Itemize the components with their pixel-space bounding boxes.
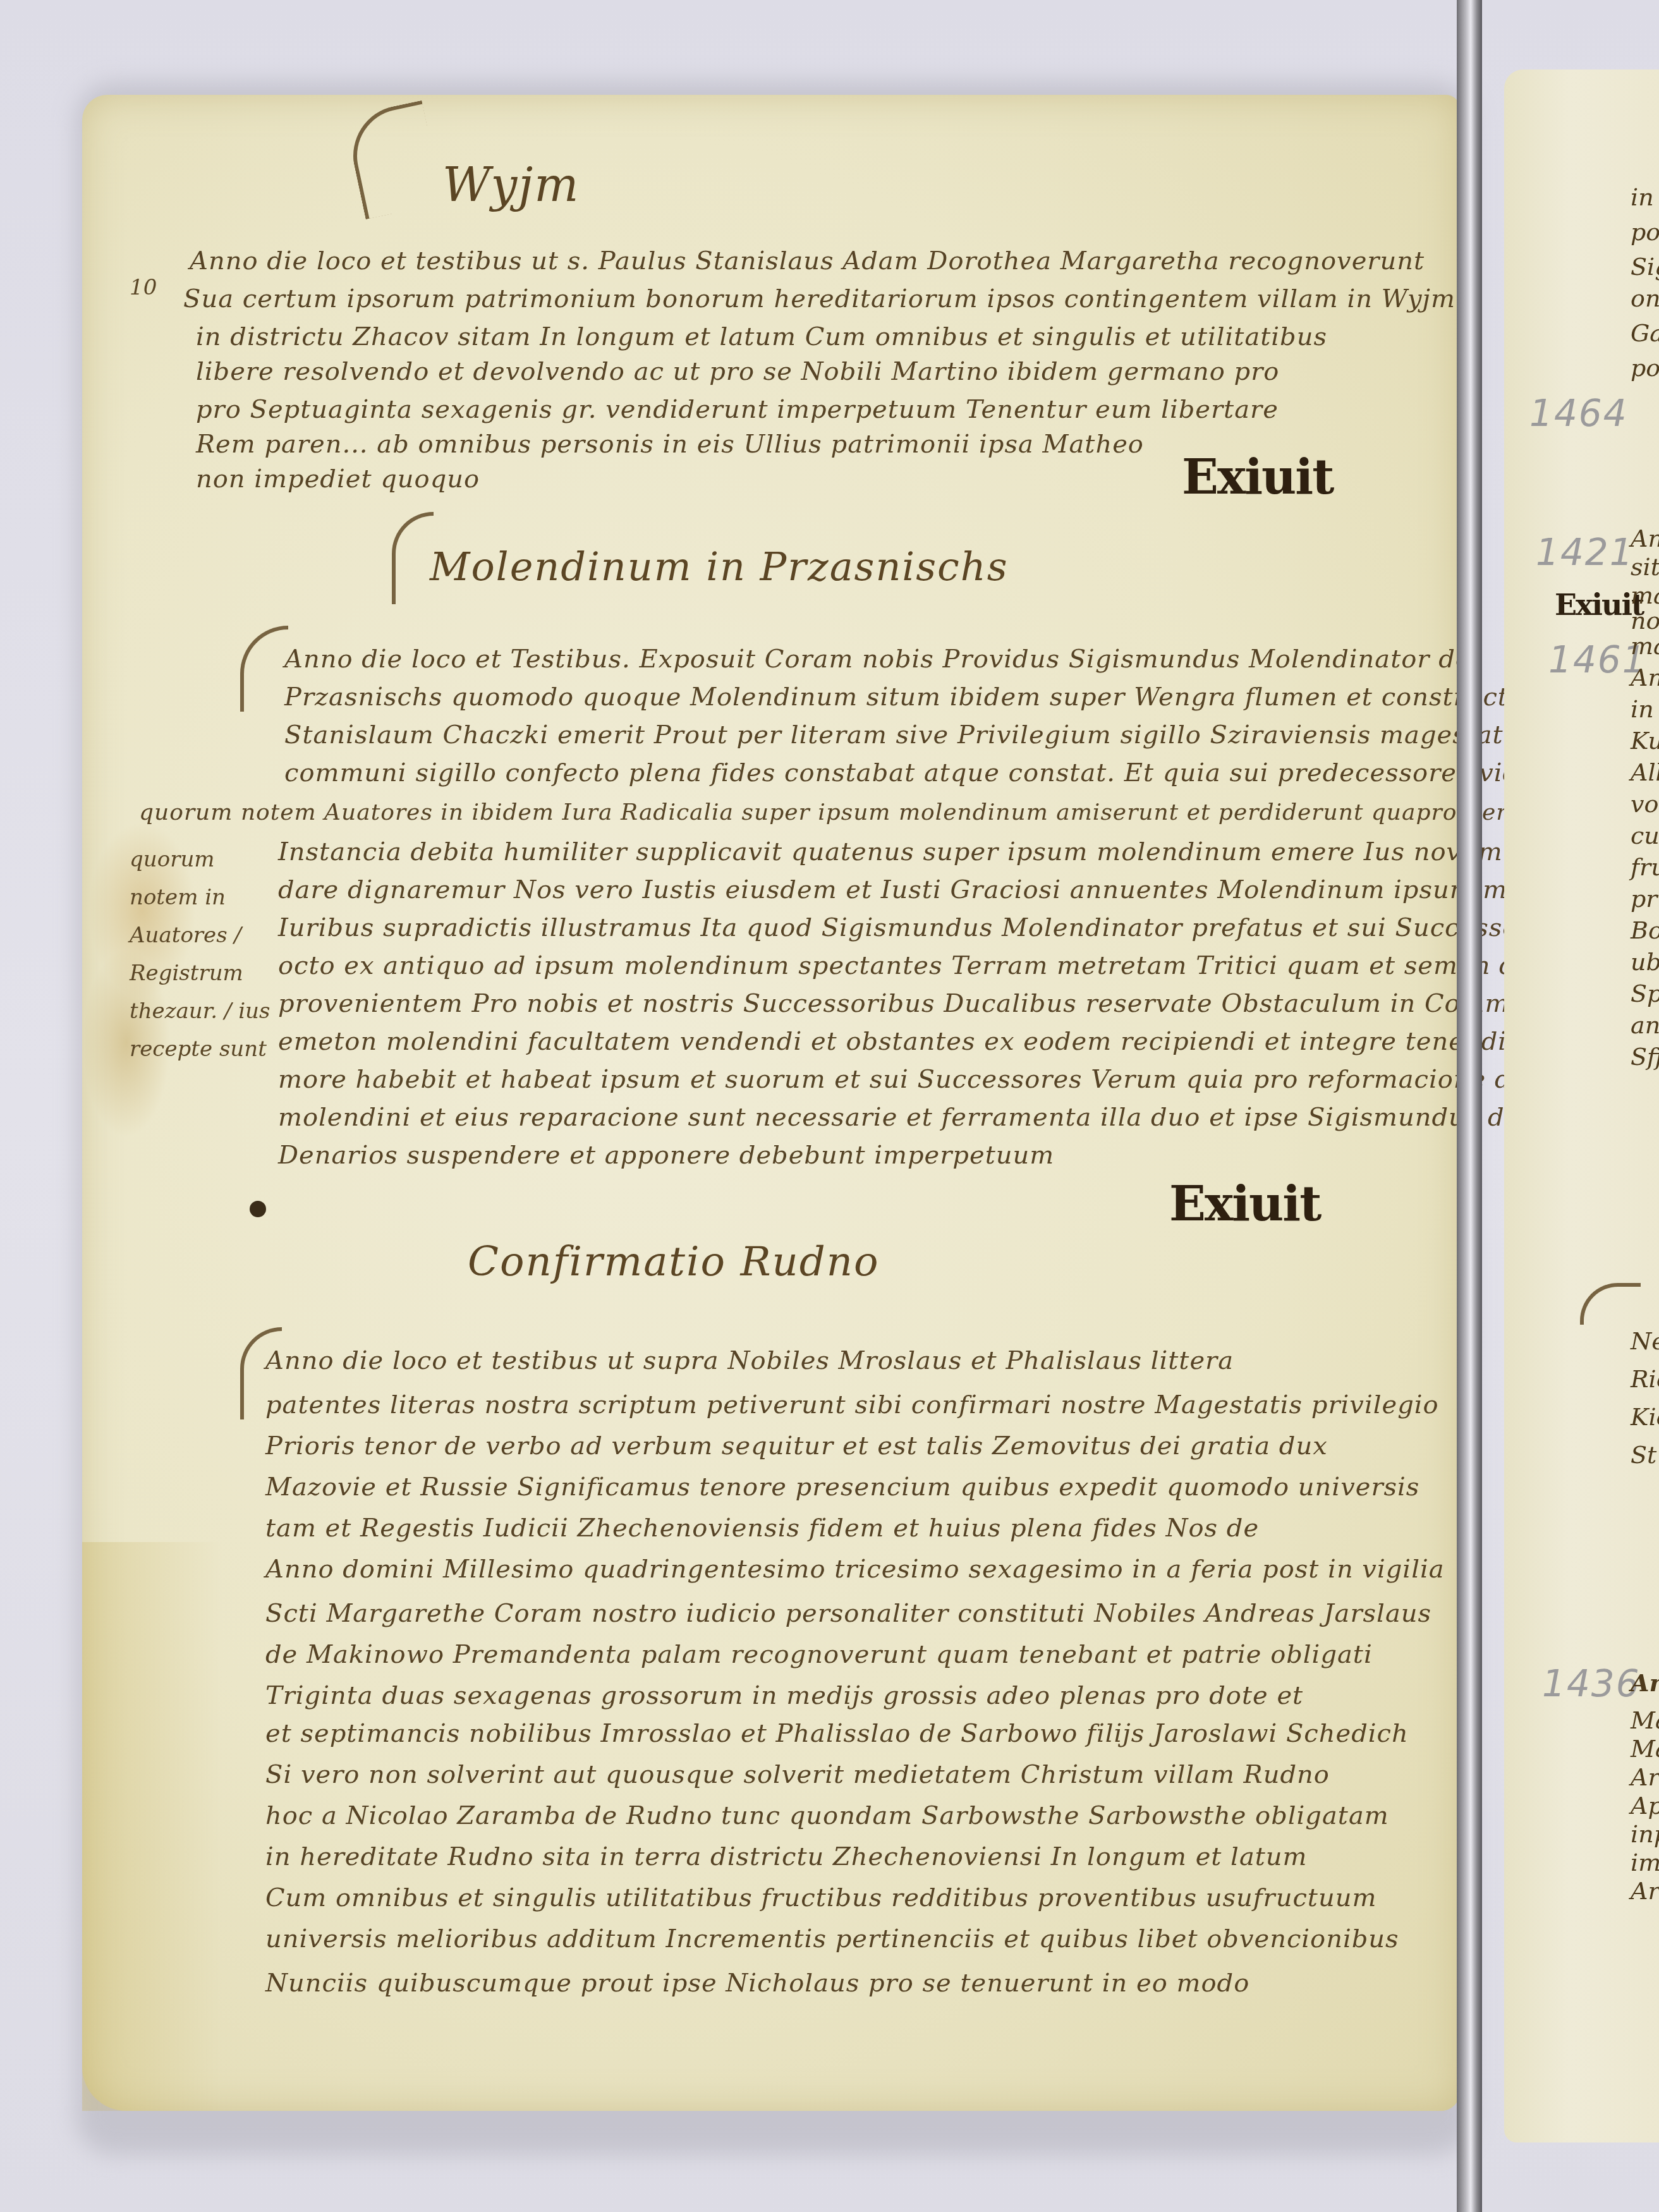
right-page-fragment: inp: [1631, 1820, 1659, 1848]
right-page-fragment: Sprac: [1631, 980, 1659, 1007]
text-line: provenientem Pro nobis et nostris Succes…: [278, 989, 1659, 1018]
right-page-fragment: im: [1631, 1849, 1659, 1876]
right-page-fragment: Sigis: [1631, 253, 1659, 281]
margin-annotation: quorum notem in Auatores / Registrum the…: [130, 841, 275, 1068]
text-line: Anno die loco et testibus ut s. Paulus S…: [190, 246, 1425, 276]
text-line: pro Septuaginta sexagenis gr. vendiderun…: [196, 395, 1279, 424]
right-page-fragment: voa: [1631, 790, 1659, 818]
section-heading-confirmatio: Confirmatio Rudno: [468, 1239, 880, 1285]
right-page-fragment: ones: [1631, 284, 1659, 312]
text-line: Rem paren... ab omnibus personis in eis …: [196, 430, 1144, 459]
text-line: communi sigillo confecto plena fides con…: [284, 758, 1594, 787]
text-line: de Makinowo Premandenta palam recognover…: [265, 1640, 1373, 1669]
text-line: Anno die loco et Testibus. Exposuit Cora…: [284, 645, 1471, 674]
text-line: Sua certum ipsorum patrimonium bonorum h…: [183, 284, 1455, 313]
text-line: molendini et eius reparacione sunt neces…: [278, 1103, 1613, 1132]
text-line: Anno domini Millesimo quadringentesimo t…: [265, 1555, 1445, 1584]
right-page-fragment: Kub: [1631, 727, 1659, 755]
right-page-fragment: mansi: [1631, 581, 1659, 609]
right-page-fragment: Ar: [1631, 1763, 1659, 1791]
right-page-fragment: Sffr: [1631, 1043, 1659, 1071]
text-line: Prioris tenor de verbo ad verbum sequitu…: [265, 1431, 1328, 1461]
text-line: Scti Margarethe Coram nostro iudicio per…: [265, 1599, 1431, 1628]
text-line: Anno die loco et testibus ut supra Nobil…: [265, 1346, 1234, 1375]
margin-number: 10: [130, 275, 157, 300]
exiuit-stamp: Exiuit: [1182, 449, 1333, 505]
right-page-fragment: Ar: [1631, 1877, 1659, 1905]
text-line: Przasnischs quomodo quoque Molendinum si…: [284, 683, 1659, 712]
right-page-fragment: nomi: [1631, 607, 1659, 635]
right-page-fragment: Ann: [1631, 525, 1659, 552]
text-line: hoc a Nicolao Zaramba de Rudno tunc quon…: [265, 1801, 1389, 1830]
text-line: Mazovie et Russie Significamus tenore pr…: [265, 1473, 1419, 1502]
pencil-date: 1464: [1529, 392, 1628, 435]
text-line: Si vero non solverint aut quousque solve…: [265, 1760, 1330, 1789]
right-page-fragment: fruh: [1631, 853, 1659, 881]
right-page-fragment: in Sba: [1631, 183, 1659, 211]
ink-blot: [250, 1201, 266, 1217]
right-page-fragment: Rie: [1631, 1365, 1659, 1393]
section-heading-wyjm: Wyjm: [442, 158, 580, 212]
right-page-fragment: possess: [1631, 218, 1659, 246]
right-page-fragment: Ann: [1631, 1668, 1659, 1697]
pencil-date: 1421: [1536, 531, 1634, 574]
right-page-fragment: po tag: [1631, 354, 1659, 382]
right-page-fragment: in Zh: [1631, 695, 1659, 723]
text-line: emeton molendini facultatem vendendi et …: [278, 1027, 1659, 1056]
right-page-fragment: pr: [1631, 885, 1658, 913]
text-line: in districtu Zhacov sitam In longum et l…: [196, 322, 1327, 351]
pencil-date: 1436: [1542, 1662, 1641, 1705]
right-page-fragment: situs: [1631, 553, 1659, 581]
text-line: in hereditate Rudno sita in terra distri…: [265, 1842, 1308, 1871]
text-line: Nunciis quibuscumque prout ipse Nicholau…: [265, 1969, 1249, 1998]
right-page-fragment: cum: [1631, 822, 1659, 849]
right-page-fragment: Ne: [1631, 1327, 1659, 1355]
right-page-fragment: Ma: [1631, 1735, 1659, 1763]
exiuit-stamp: Exiuit: [1169, 1176, 1320, 1232]
right-page-fragment: Ann: [1631, 664, 1659, 691]
text-line: Iuribus supradictis illustramus Ita quod…: [278, 913, 1659, 942]
right-page-fragment: St: [1631, 1441, 1656, 1469]
text-line: Denarios suspendere et apponere debebunt…: [278, 1141, 1054, 1170]
section-heading-molendinum: Molendinum in Przasnischs: [430, 544, 1008, 590]
text-line: Instancia debita humiliter supplicavit q…: [278, 837, 1659, 866]
text-line: quorum notem Auatores in ibidem Iura Rad…: [139, 799, 1507, 825]
text-line: dare dignaremur Nos vero Iustis eiusdem …: [278, 875, 1644, 904]
text-line: more habebit et habeat ipsum et suorum e…: [278, 1065, 1555, 1094]
text-line: universis melioribus additum Incrementis…: [265, 1924, 1399, 1954]
right-page-fragment: ubid: [1631, 948, 1659, 976]
text-line: non impediet quoquo: [196, 465, 480, 494]
right-page-fragment: ani: [1631, 1011, 1659, 1039]
right-page-fragment: Kie: [1631, 1403, 1659, 1431]
right-page-fragment: Ap: [1631, 1792, 1659, 1820]
text-line: et septimancis nobilibus Imrosslao et Ph…: [265, 1719, 1409, 1748]
text-line: libere resolvendo et devolvendo ac ut pr…: [196, 357, 1279, 386]
right-page-fragment: Gabba: [1631, 319, 1659, 347]
text-line: Triginta duas sexagenas grossorum in med…: [265, 1681, 1303, 1710]
right-page-fragment: mai: [1631, 632, 1659, 660]
text-line: Cum omnibus et singulis utilitatibus fru…: [265, 1883, 1376, 1912]
right-page-fragment: Ma: [1631, 1706, 1659, 1734]
text-line: patentes literas nostra scriptum petiver…: [265, 1390, 1439, 1419]
right-page-fragment: Allun: [1631, 758, 1659, 786]
text-line: Stanislaum Chaczki emerit Prout per lite…: [284, 720, 1587, 750]
text-line: tam et Regestis Iudicii Zhechenoviensis …: [265, 1514, 1259, 1543]
binding-gutter: [1457, 0, 1482, 2212]
right-page-fragment: Bono: [1631, 916, 1659, 944]
text-line: octo ex antiquo ad ipsum molendinum spec…: [278, 951, 1629, 980]
